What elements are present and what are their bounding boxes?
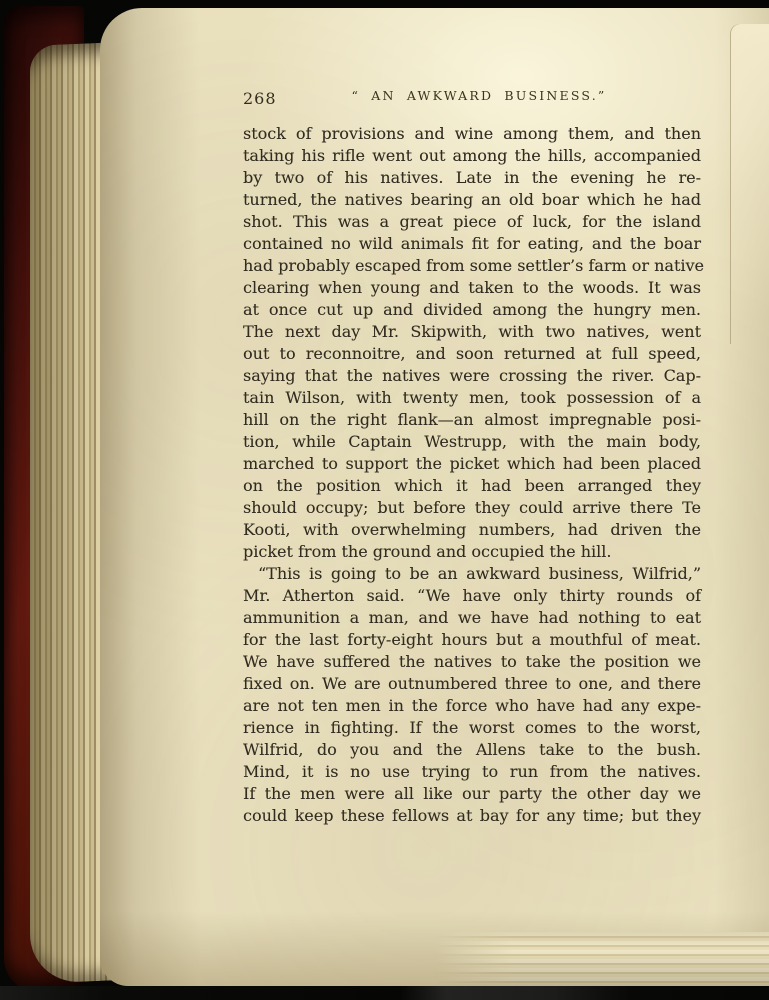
text-line: The next day Mr. Skipwith, with two nati…	[243, 321, 701, 343]
text-line: Wilfrid, do you and the Allens take to t…	[243, 739, 701, 761]
text-line: If the men were all like our party the o…	[243, 783, 701, 805]
text-block: 268 “ AN AWKWARD BUSINESS.” stock of pro…	[243, 88, 701, 827]
text-line: are not ten men in the force who have ha…	[243, 695, 701, 717]
text-line: tion, while Captain Westrupp, with the m…	[243, 431, 701, 453]
text-line: shot. This was a great piece of luck, fo…	[243, 211, 701, 233]
scan-background: 268 “ AN AWKWARD BUSINESS.” stock of pro…	[0, 0, 769, 1000]
text-line: on the position which it had been arrang…	[243, 475, 701, 497]
body-text: stock of provisions and wine among them,…	[243, 123, 701, 827]
text-line: marched to support the picket which had …	[243, 453, 701, 475]
text-line: “This is going to be an awkward business…	[243, 563, 701, 585]
text-line: for the last forty-eight hours but a mou…	[243, 629, 701, 651]
text-line: turned, the natives bearing an old boar …	[243, 189, 701, 211]
text-line: by two of his natives. Late in the eveni…	[243, 167, 701, 189]
bottom-page-edges	[434, 932, 769, 990]
text-line: out to reconnoitre, and soon returned at…	[243, 343, 701, 365]
text-line: had probably escaped from some settler’s…	[243, 255, 701, 277]
text-line: picket from the ground and occupied the …	[243, 541, 701, 563]
text-line: tain Wilson, with twenty men, took posse…	[243, 387, 701, 409]
book-page: 268 “ AN AWKWARD BUSINESS.” stock of pro…	[100, 8, 769, 986]
text-line: hill on the right flank—an almost impreg…	[243, 409, 701, 431]
text-line: ammunition a man, and we have had nothin…	[243, 607, 701, 629]
facing-page-edge	[731, 24, 769, 344]
text-line: at once cut up and divided among the hun…	[243, 299, 701, 321]
text-line: should occupy; but before they could arr…	[243, 497, 701, 519]
text-line: taking his rifle went out among the hill…	[243, 145, 701, 167]
text-line: Mr. Atherton said. “We have only thirty …	[243, 585, 701, 607]
text-line: contained no wild animals fit for eating…	[243, 233, 701, 255]
text-line: Mind, it is no use trying to run from th…	[243, 761, 701, 783]
page-number: 268	[243, 89, 277, 108]
running-header-title: “ AN AWKWARD BUSINESS.”	[243, 88, 701, 103]
text-line: stock of provisions and wine among them,…	[243, 123, 701, 145]
text-line: Kooti, with overwhelming numbers, had dr…	[243, 519, 701, 541]
text-line: rience in fighting. If the worst comes t…	[243, 717, 701, 739]
text-line: could keep these fellows at bay for any …	[243, 805, 701, 827]
running-header: 268 “ AN AWKWARD BUSINESS.”	[243, 88, 701, 108]
table-surface	[0, 986, 769, 1000]
text-line: fixed on. We are outnumbered three to on…	[243, 673, 701, 695]
text-line: saying that the natives were crossing th…	[243, 365, 701, 387]
text-line: clearing when young and taken to the woo…	[243, 277, 701, 299]
text-line: We have suffered the natives to take the…	[243, 651, 701, 673]
